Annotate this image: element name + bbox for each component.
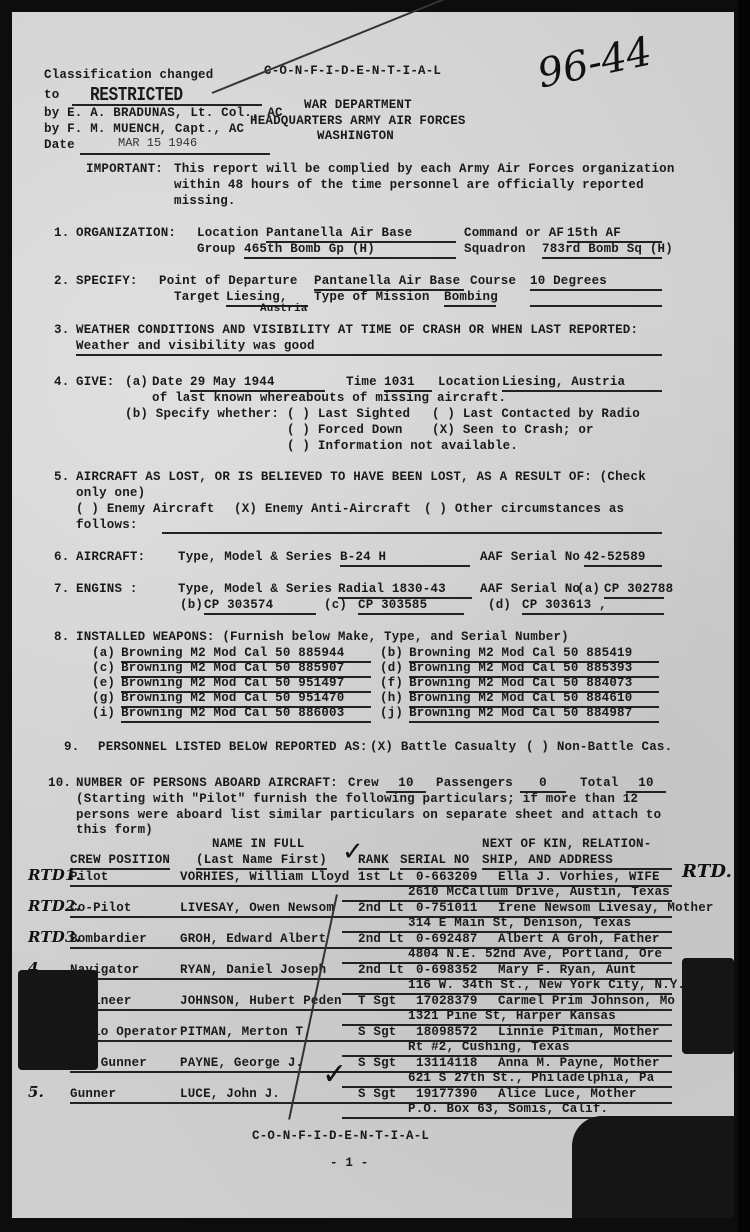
row-rule	[70, 978, 672, 980]
s6-type-label: Type, Model & Series	[178, 550, 332, 565]
classification-changed: Classification changed	[44, 68, 213, 83]
row-rule	[70, 1102, 672, 1104]
s2-course-label: Course	[470, 274, 516, 289]
weapon-key: (a)	[92, 646, 115, 660]
document-page: 96-44 Classification changed to RESTRICT…	[12, 12, 734, 1218]
row-rule	[70, 947, 672, 949]
s1-location-label: Location	[197, 226, 259, 241]
crew-kin[interactable]: Irene Newsom Livesay, Mother	[498, 901, 714, 916]
classification-by-1: by E. A. BRADUNAS, Lt. Col., AC	[44, 106, 283, 121]
checkbox[interactable]: ( )	[526, 740, 549, 754]
s4-whereabouts: of last known whereabouts of missing air…	[152, 391, 506, 406]
s8-num: 8.	[54, 630, 69, 645]
crew-name[interactable]: PITMAN, Merton T.	[180, 1025, 311, 1040]
s10-passengers-label: Passengers	[436, 776, 513, 791]
s9-label: PERSONNEL LISTED BELOW REPORTED AS:	[98, 740, 368, 755]
s2-course-field[interactable]: 10 Degrees	[530, 274, 662, 291]
s10-label: NUMBER OF PERSONS ABOARD AIRCRAFT:	[76, 776, 338, 791]
crew-kin[interactable]: Mary F. Ryan, Aunt	[498, 963, 637, 978]
s10-crew-label: Crew	[348, 776, 379, 791]
crew-address[interactable]: 621 S 27th St., Philadelphia, Pa	[408, 1071, 654, 1086]
redaction-blotch-left	[18, 970, 98, 1070]
s5-opt-enemy-anti-aircraft[interactable]: (X) Enemy Anti-Aircraft	[234, 502, 411, 517]
s2-label: SPECIFY:	[76, 274, 138, 289]
s4-opt-info-not-available[interactable]: ( ) Information not available.	[287, 439, 518, 454]
s7-serial-d-field[interactable]: CP 303613 ,	[522, 598, 664, 615]
weapon-key: (j)	[380, 706, 403, 720]
crew-name[interactable]: LUCE, John J.	[180, 1087, 280, 1102]
crew-serial[interactable]: 0-698352	[416, 963, 478, 978]
option-label: Forced Down	[318, 423, 403, 437]
s10-passengers-field[interactable]: 0	[520, 776, 566, 793]
weapon-key: (e)	[92, 676, 115, 690]
s1-label: ORGANIZATION:	[76, 226, 176, 241]
s4-opt-last-sighted[interactable]: ( ) Last Sighted	[287, 407, 410, 422]
checkbox[interactable]: ( )	[287, 407, 310, 421]
crew-name[interactable]: VORHIES, William Lloyd	[180, 870, 349, 885]
s7-num: 7.	[54, 582, 69, 597]
row-rule	[70, 1071, 672, 1073]
war-department: WAR DEPARTMENT	[304, 98, 412, 113]
s7-serial-b-field[interactable]: CP 303574	[204, 598, 316, 615]
checkbox[interactable]: ( )	[287, 423, 310, 437]
s7-serial-a-key: (a)	[577, 582, 600, 597]
option-label: Information not available.	[318, 439, 518, 453]
s6-label: AIRCRAFT:	[76, 550, 145, 565]
important-line-2: within 48 hours of the time personnel ar…	[174, 178, 644, 193]
crew-kin[interactable]: Carmel Prim Johnson, Mo	[498, 994, 675, 1009]
s2-blank-rule	[530, 305, 662, 307]
s7-serial-c-key: (c)	[324, 598, 347, 613]
crew-address[interactable]: 2610 McCallum Drive, Austin, Texas	[408, 885, 670, 900]
s2-departure-field[interactable]: Pantanella Air Base	[314, 274, 464, 291]
option-label: Other circumstances as	[455, 502, 624, 516]
s4-label: GIVE:	[76, 375, 115, 390]
header-position: CREW POSITION	[70, 853, 170, 870]
crew-kin[interactable]: Alice Luce, Mother	[498, 1087, 637, 1102]
s5-num: 5.	[54, 470, 69, 485]
s10-note-3: this form)	[76, 823, 153, 838]
classification-by-2: by F. M. MUENCH, Capt., AC	[44, 122, 244, 137]
s4-location-field[interactable]: Liesing, Austria	[502, 375, 662, 392]
row-rule	[70, 885, 672, 887]
restricted-stamp: RESTRICTED	[90, 84, 183, 106]
s7-type-field[interactable]: Radial 1830-43	[338, 582, 472, 599]
s7-serial-b-key: (b)	[180, 598, 203, 613]
s3-label: WEATHER CONDITIONS AND VISIBILITY AT TIM…	[76, 323, 638, 338]
row-rule	[70, 1009, 672, 1011]
s7-serial-label: AAF Serial No	[480, 582, 580, 597]
s10-note-1: (Starting with "Pilot" furnish the follo…	[76, 792, 638, 807]
crew-address[interactable]: 314 E Main St, Denison, Texas	[408, 916, 631, 931]
weapon-field[interactable]: Browning M2 Mod Cal 50 884987	[409, 706, 659, 723]
checkbox[interactable]: ( )	[432, 407, 455, 421]
s1-location-field[interactable]: Pantanella Air Base	[266, 226, 456, 243]
row-rule	[70, 916, 672, 918]
weapon-key: (b)	[380, 646, 403, 660]
classification-date-rule	[80, 153, 270, 155]
crew-serial[interactable]: 0-663209	[416, 870, 478, 885]
s5-line-1: AIRCRAFT AS LOST, OR IS BELIEVED TO HAVE…	[76, 470, 646, 485]
crew-name[interactable]: RYAN, Daniel Joseph	[180, 963, 326, 978]
s2-target-label: Target	[174, 290, 220, 305]
checkbox[interactable]: ( )	[424, 502, 447, 516]
weapon-key: (c)	[92, 661, 115, 675]
crew-rank[interactable]: S Sgt	[358, 1025, 397, 1040]
classification-date: MAR 15 1946	[118, 136, 197, 150]
weapon-key: (d)	[380, 661, 403, 675]
s7-serial-a-field[interactable]: CP 302788	[604, 582, 664, 599]
crew-kin[interactable]: Linnie Pitman, Mother	[498, 1025, 660, 1040]
crew-name[interactable]: LIVESAY, Owen Newsom	[180, 901, 334, 916]
crew-rank[interactable]: S Sgt	[358, 1087, 397, 1102]
row-rule	[70, 1040, 672, 1042]
s4-num: 4.	[54, 375, 69, 390]
s4-b: (b) Specify whether:	[125, 407, 279, 422]
weapon-entry: (j)Browning M2 Mod Cal 50 884987	[380, 706, 659, 723]
s4-opt-forced-down[interactable]: ( ) Forced Down	[287, 423, 403, 438]
important-line-1: This report will be complied by each Arm…	[174, 162, 675, 177]
option-label: Last Contacted by Radio	[463, 407, 640, 421]
s1-squadron-label: Squadron	[464, 242, 526, 257]
s1-command-label: Command or AF	[464, 226, 564, 241]
crew-name[interactable]: JOHNSON, Hubert Peden	[180, 994, 342, 1009]
s4-opt-last-contacted[interactable]: ( ) Last Contacted by Radio	[432, 407, 640, 422]
s4-time-label: Time	[346, 375, 377, 390]
s3-weather-field[interactable]: Weather and visibility was good	[76, 339, 662, 356]
margin-note: 5.	[28, 1085, 44, 1100]
s3-num: 3.	[54, 323, 69, 338]
s5-opt-enemy-aircraft[interactable]: ( ) Enemy Aircraft	[76, 502, 215, 517]
corner-blotch	[572, 1116, 734, 1218]
weapon-key: (i)	[92, 706, 115, 720]
s1-num: 1.	[54, 226, 69, 241]
redaction-blotch-right	[682, 958, 734, 1054]
crew-rank[interactable]: 2nd Lt	[358, 932, 404, 947]
checkbox-checked[interactable]: (X)	[432, 423, 455, 437]
s5-follows-rule[interactable]	[162, 532, 662, 534]
washington: WASHINGTON	[317, 129, 394, 144]
weapon-entry: (i)Browning M2 Mod Cal 50 886003	[92, 706, 371, 723]
s9-non-battle[interactable]: ( ) Non-Battle Cas.	[526, 740, 672, 755]
s5-follows: follows:	[76, 518, 138, 533]
crew-serial[interactable]: 17028379	[416, 994, 478, 1009]
s4-a: (a)	[125, 375, 148, 390]
s4-date-label: Date	[152, 375, 183, 390]
s1-command-field[interactable]: 15th AF	[567, 226, 662, 243]
crew-name[interactable]: GROH, Edward Albert	[180, 932, 326, 947]
header-name-bottom: (Last Name First)	[196, 853, 327, 870]
s9-num: 9.	[64, 740, 79, 755]
s2-mission-field[interactable]: Bombing	[444, 290, 496, 307]
classification-to-label: to	[44, 88, 59, 103]
s10-num: 10.	[48, 776, 71, 791]
crew-kin[interactable]: Albert A Groh, Father	[498, 932, 660, 947]
option-label: Seen to Crash; or	[463, 423, 594, 437]
s8-label: INSTALLED WEAPONS: (Furnish below Make, …	[76, 630, 569, 645]
s2-num: 2.	[54, 274, 69, 289]
s10-note-2: persons were aboard list similar particu…	[76, 808, 661, 823]
crew-rank[interactable]: S Sgt	[358, 1056, 397, 1071]
s4-location-label: Location	[438, 375, 500, 390]
header-name-top: NAME IN FULL	[212, 837, 304, 852]
weapon-key: (g)	[92, 691, 115, 705]
checkbox[interactable]: ( )	[76, 502, 99, 516]
confidential-footer: C-O-N-F-I-D-E-N-T-I-A-L	[252, 1129, 429, 1144]
s4-time-field[interactable]: 1031	[384, 375, 432, 392]
header-serial: SERIAL NO	[400, 853, 469, 870]
crew-kin[interactable]: Ella J. Vorhies, WIFE	[498, 870, 660, 885]
header-kin-top: NEXT OF KIN, RELATION-	[482, 837, 651, 852]
s7-type-label: Type, Model & Series	[178, 582, 332, 597]
s10-total-label: Total	[580, 776, 619, 791]
option-label: Enemy Anti-Aircraft	[265, 502, 411, 516]
hq-army-air-forces: HEADQUARTERS ARMY AIR FORCES	[250, 114, 466, 129]
crew-rank[interactable]: 1st Lt	[358, 870, 404, 885]
s5-line-2: only one)	[76, 486, 145, 501]
option-label: Battle Casualty	[401, 740, 517, 754]
s2-mission-label: Type of Mission	[314, 290, 430, 305]
checkbox-checked[interactable]: (X)	[370, 740, 393, 754]
crew-kin[interactable]: Anna M. Payne, Mother	[498, 1056, 660, 1071]
s6-serial-field[interactable]: 42-52589	[584, 550, 662, 567]
crew-address[interactable]: 1321 Pine St, Harper Kansas	[408, 1009, 616, 1024]
s2-target-line2: Austria	[260, 302, 308, 317]
checkbox[interactable]: ( )	[287, 439, 310, 453]
s6-num: 6.	[54, 550, 69, 565]
s7-serial-d-key: (d)	[488, 598, 511, 613]
crew-serial[interactable]: 0-692487	[416, 932, 478, 947]
important-label: IMPORTANT:	[86, 162, 163, 177]
right-note: RTD.	[682, 864, 732, 879]
s5-opt-other[interactable]: ( ) Other circumstances as	[424, 502, 624, 517]
crew-serial[interactable]: 18098572	[416, 1025, 478, 1040]
crew-serial[interactable]: 19177390	[416, 1087, 478, 1102]
crew-address[interactable]: 116 W. 34th St., New York City, N.Y.	[408, 978, 685, 993]
s10-crew-field[interactable]: 10	[386, 776, 426, 793]
crew-serial[interactable]: 0-751011	[416, 901, 478, 916]
strike-line	[212, 0, 454, 94]
s2-departure-label: Point of Departure	[159, 274, 298, 289]
crew-address[interactable]: Rt #2, Cushing, Texas	[408, 1040, 570, 1055]
crew-rank[interactable]: T Sgt	[358, 994, 397, 1009]
important-line-3: missing.	[174, 194, 236, 209]
page-number: - 1 -	[330, 1156, 369, 1171]
crew-address[interactable]: 4804 N.E. 52nd Ave, Portland, Ore	[408, 947, 662, 962]
s6-type-field[interactable]: B-24 H	[340, 550, 470, 567]
s7-label: ENGINS :	[76, 582, 138, 597]
s1-group-field[interactable]: 465th Bomb Gp (H)	[244, 242, 456, 259]
weapon-field[interactable]: Browning M2 Mod Cal 50 886003	[121, 706, 371, 723]
s4-opt-seen-to-crash[interactable]: (X) Seen to Crash; or	[432, 423, 594, 438]
header-kin-bottom: SHIP, AND ADDRESS	[482, 853, 672, 870]
s6-serial-label: AAF Serial No	[480, 550, 580, 565]
s4-date-field[interactable]: 29 May 1944	[190, 375, 325, 392]
check-mark-icon: ✓	[322, 1057, 347, 1092]
s7-serial-c-field[interactable]: CP 303585	[358, 598, 464, 615]
crew-rank[interactable]: 2nd Lt	[358, 901, 404, 916]
s1-squadron-field[interactable]: 783rd Bomb Sq (H)	[542, 242, 662, 259]
crew-address[interactable]: P.O. Box 63, Somis, Calif.	[408, 1102, 608, 1117]
s10-total-field[interactable]: 10	[626, 776, 666, 793]
s1-group-label: Group	[197, 242, 236, 257]
option-label: Non-Battle Cas.	[557, 740, 673, 754]
crew-serial[interactable]: 13114118	[416, 1056, 478, 1071]
s9-battle-casualty[interactable]: (X) Battle Casualty	[370, 740, 516, 755]
checkbox-checked[interactable]: (X)	[234, 502, 257, 516]
crew-name[interactable]: PAYNE, George J.	[180, 1056, 303, 1071]
option-label: Last Sighted	[318, 407, 410, 421]
option-label: Enemy Aircraft	[107, 502, 215, 516]
weapon-key: (h)	[380, 691, 403, 705]
check-mark-icon: ✓	[342, 837, 364, 867]
confidential-header: C-O-N-F-I-D-E-N-T-I-A-L	[264, 64, 441, 79]
handwritten-reference: 96-44	[533, 29, 655, 98]
crew-rank[interactable]: 2nd Lt	[358, 963, 404, 978]
weapon-key: (f)	[380, 676, 403, 690]
scan-edge	[738, 0, 750, 1232]
classification-date-label: Date	[44, 138, 75, 153]
